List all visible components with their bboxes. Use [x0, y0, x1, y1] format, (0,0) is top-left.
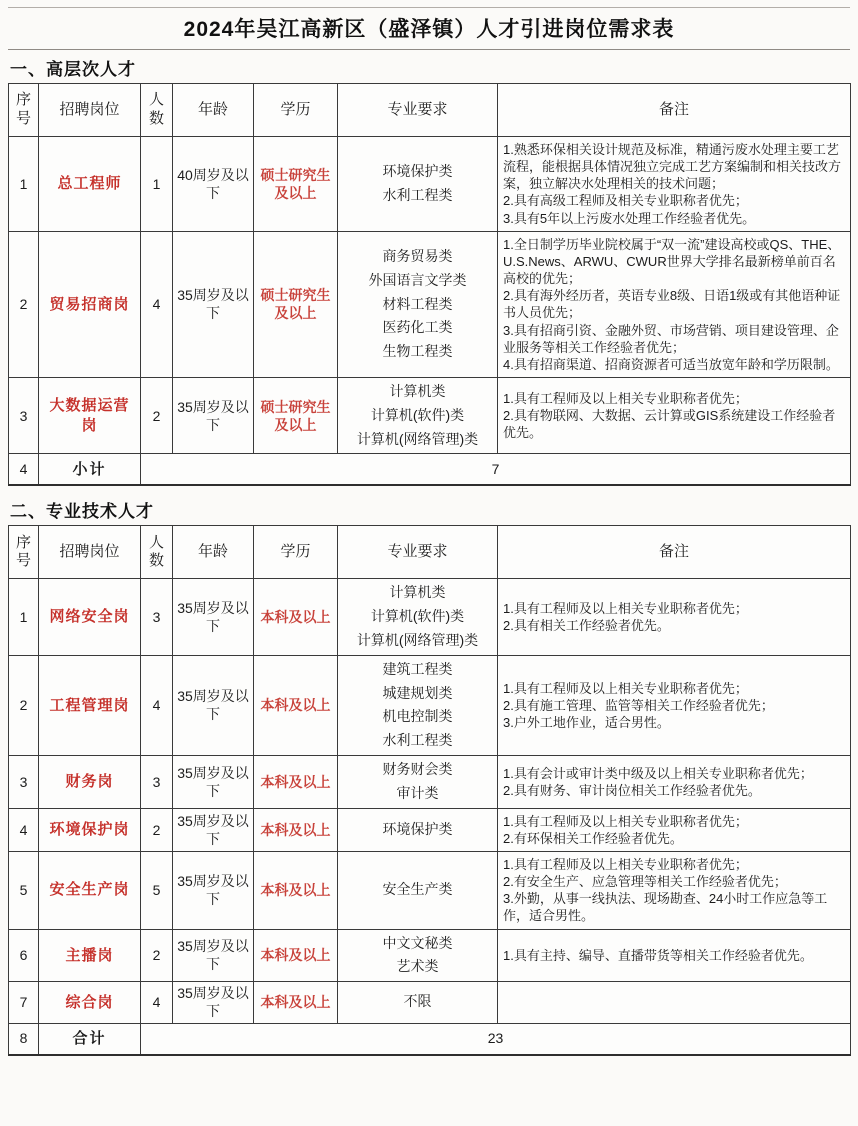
cell-seq: 2 — [9, 655, 39, 755]
cell-education: 本科及以上 — [254, 851, 338, 929]
cell-position: 安全生产岗 — [39, 851, 141, 929]
section-gap — [8, 486, 850, 492]
cell-seq: 5 — [9, 851, 39, 929]
cell-seq: 2 — [9, 231, 39, 377]
note-line: 1.全日制学历毕业院校属于“双一流”建设高校或QS、THE、U.S.News、A… — [503, 236, 845, 287]
cell-count: 1 — [141, 137, 173, 232]
note-line: 2.具有物联网、大数据、云计算或GIS系统建设工作经验者优先。 — [503, 407, 845, 441]
cell-age: 35周岁及以下 — [173, 579, 254, 655]
table-row: 7综合岗435周岁及以下本科及以上不限 — [9, 982, 851, 1023]
note-line: 3.外勤，从事一线执法、现场勘查、24小时工作应急等工作，适合男性。 — [503, 890, 845, 924]
note-line: 2.具有施工管理、监管等相关工作经验者优先； — [503, 697, 845, 714]
note-line: 4.具有招商渠道、招商资源者可适当放宽年龄和学历限制。 — [503, 356, 845, 373]
cell-position: 大数据运营岗 — [39, 378, 141, 454]
column-header: 人数 — [141, 84, 173, 137]
cell-age: 35周岁及以下 — [173, 982, 254, 1023]
summary-row: 4小计7 — [9, 454, 851, 486]
major-line: 环境保护类 — [341, 818, 494, 842]
page-title: 2024年吴江高新区（盛泽镇）人才引进岗位需求表 — [8, 7, 850, 50]
note-line: 2.有环保相关工作经验者优先。 — [503, 830, 845, 847]
major-line: 水利工程类 — [341, 184, 494, 208]
column-header: 学历 — [254, 526, 338, 579]
cell-age: 35周岁及以下 — [173, 756, 254, 809]
note-line: 3.具有招商引资、金融外贸、市场营销、项目建设管理、企业服务等相关工作经验者优先… — [503, 322, 845, 356]
cell-position: 贸易招商岗 — [39, 231, 141, 377]
sections-container: 一、高层次人才 序号招聘岗位人数年龄学历专业要求备注 1总工程师140周岁及以下… — [8, 55, 850, 1062]
cell-position: 总工程师 — [39, 137, 141, 232]
table-row: 6主播岗235周岁及以下本科及以上中文文秘类艺术类1.具有主持、编导、直播带货等… — [9, 929, 851, 982]
cell-summary-seq: 8 — [9, 1023, 39, 1055]
cell-summary-value: 7 — [141, 454, 851, 486]
table-row: 3大数据运营岗235周岁及以下硕士研究生及以上计算机类计算机(软件)类计算机(网… — [9, 378, 851, 454]
cell-position: 综合岗 — [39, 982, 141, 1023]
column-header: 专业要求 — [338, 526, 498, 579]
cell-majors: 中文文秘类艺术类 — [338, 929, 498, 982]
column-header: 专业要求 — [338, 84, 498, 137]
table-row: 5安全生产岗535周岁及以下本科及以上安全生产类1.具有工程师及以上相关专业职称… — [9, 851, 851, 929]
cell-summary-seq: 4 — [9, 454, 39, 486]
cell-position: 工程管理岗 — [39, 655, 141, 755]
column-header: 学历 — [254, 84, 338, 137]
cell-notes: 1.具有主持、编导、直播带货等相关工作经验者优先。 — [498, 929, 851, 982]
column-header: 年龄 — [173, 526, 254, 579]
table-row: 3财务岗335周岁及以下本科及以上财务财会类审计类1.具有会计或审计类中级及以上… — [9, 756, 851, 809]
major-line: 城建规划类 — [341, 682, 494, 706]
major-line: 计算机类 — [341, 581, 494, 605]
cell-count: 4 — [141, 982, 173, 1023]
cell-majors: 环境保护类 — [338, 808, 498, 851]
cell-position: 主播岗 — [39, 929, 141, 982]
table-row: 2贸易招商岗435周岁及以下硕士研究生及以上商务贸易类外国语言文学类材料工程类医… — [9, 231, 851, 377]
document-page: 2024年吴江高新区（盛泽镇）人才引进岗位需求表 一、高层次人才 序号招聘岗位人… — [0, 0, 858, 1126]
cell-seq: 7 — [9, 982, 39, 1023]
cell-count: 4 — [141, 231, 173, 377]
cell-education: 本科及以上 — [254, 756, 338, 809]
major-line: 审计类 — [341, 782, 494, 806]
major-line: 水利工程类 — [341, 729, 494, 753]
major-line: 计算机(网络管理)类 — [341, 428, 494, 452]
cell-age: 35周岁及以下 — [173, 231, 254, 377]
cell-seq: 3 — [9, 756, 39, 809]
column-header: 序号 — [9, 526, 39, 579]
note-line: 2.具有财务、审计岗位相关工作经验者优先。 — [503, 782, 845, 799]
cell-summary-label: 小计 — [39, 454, 141, 486]
cell-notes: 1.熟悉环保相关设计规范及标准，精通污废水处理主要工艺流程，能根据具体情况独立完… — [498, 137, 851, 232]
cell-notes: 1.具有工程师及以上相关专业职称者优先；2.有环保相关工作经验者优先。 — [498, 808, 851, 851]
note-line: 1.熟悉环保相关设计规范及标准，精通污废水处理主要工艺流程，能根据具体情况独立完… — [503, 141, 845, 192]
major-line: 医药化工类 — [341, 316, 494, 340]
cell-count: 3 — [141, 756, 173, 809]
section-gap — [8, 1056, 850, 1062]
note-line: 3.户外工地作业，适合男性。 — [503, 714, 845, 731]
major-line: 环境保护类 — [341, 160, 494, 184]
note-line: 1.具有工程师及以上相关专业职称者优先； — [503, 856, 845, 873]
major-line: 生物工程类 — [341, 340, 494, 364]
header-row: 序号招聘岗位人数年龄学历专业要求备注 — [9, 526, 851, 579]
section-heading: 一、高层次人才 — [10, 55, 850, 80]
major-line: 商务贸易类 — [341, 245, 494, 269]
column-header: 备注 — [498, 84, 851, 137]
cell-education: 本科及以上 — [254, 982, 338, 1023]
cell-count: 5 — [141, 851, 173, 929]
cell-notes — [498, 982, 851, 1023]
note-line: 1.具有工程师及以上相关专业职称者优先； — [503, 600, 845, 617]
column-header: 年龄 — [173, 84, 254, 137]
note-line: 3.具有5年以上污废水处理工作经验者优先。 — [503, 210, 845, 227]
positions-table: 序号招聘岗位人数年龄学历专业要求备注 1总工程师140周岁及以下硕士研究生及以上… — [8, 83, 851, 486]
cell-education: 本科及以上 — [254, 808, 338, 851]
major-line: 建筑工程类 — [341, 658, 494, 682]
cell-education: 本科及以上 — [254, 655, 338, 755]
cell-age: 35周岁及以下 — [173, 378, 254, 454]
column-header: 招聘岗位 — [39, 84, 141, 137]
cell-position: 环境保护岗 — [39, 808, 141, 851]
cell-age: 35周岁及以下 — [173, 851, 254, 929]
note-line: 2.具有高级工程师及相关专业职称者优先； — [503, 192, 845, 209]
cell-notes: 1.具有工程师及以上相关专业职称者优先；2.具有物联网、大数据、云计算或GIS系… — [498, 378, 851, 454]
major-line: 不限 — [341, 990, 494, 1014]
cell-age: 35周岁及以下 — [173, 808, 254, 851]
section-heading: 二、专业技术人才 — [10, 497, 850, 522]
cell-position: 财务岗 — [39, 756, 141, 809]
cell-education: 本科及以上 — [254, 579, 338, 655]
cell-age: 35周岁及以下 — [173, 929, 254, 982]
major-line: 材料工程类 — [341, 293, 494, 317]
note-line: 1.具有工程师及以上相关专业职称者优先； — [503, 680, 845, 697]
cell-majors: 环境保护类水利工程类 — [338, 137, 498, 232]
column-header: 人数 — [141, 526, 173, 579]
cell-summary-value: 23 — [141, 1023, 851, 1055]
cell-seq: 4 — [9, 808, 39, 851]
major-line: 计算机(软件)类 — [341, 605, 494, 629]
cell-notes: 1.具有工程师及以上相关专业职称者优先；2.具有相关工作经验者优先。 — [498, 579, 851, 655]
cell-seq: 3 — [9, 378, 39, 454]
cell-count: 4 — [141, 655, 173, 755]
note-line: 1.具有会计或审计类中级及以上相关专业职称者优先； — [503, 765, 845, 782]
cell-majors: 商务贸易类外国语言文学类材料工程类医药化工类生物工程类 — [338, 231, 498, 377]
cell-position: 网络安全岗 — [39, 579, 141, 655]
column-header: 招聘岗位 — [39, 526, 141, 579]
major-line: 计算机(软件)类 — [341, 404, 494, 428]
major-line: 外国语言文学类 — [341, 269, 494, 293]
major-line: 艺术类 — [341, 955, 494, 979]
cell-notes: 1.具有工程师及以上相关专业职称者优先；2.有安全生产、应急管理等相关工作经验者… — [498, 851, 851, 929]
note-line: 2.具有相关工作经验者优先。 — [503, 617, 845, 634]
talent-section: 二、专业技术人才 序号招聘岗位人数年龄学历专业要求备注 1网络安全岗335周岁及… — [8, 497, 850, 1061]
positions-table: 序号招聘岗位人数年龄学历专业要求备注 1网络安全岗335周岁及以下本科及以上计算… — [8, 525, 851, 1055]
note-line: 1.具有工程师及以上相关专业职称者优先； — [503, 390, 845, 407]
cell-notes: 1.具有会计或审计类中级及以上相关专业职称者优先；2.具有财务、审计岗位相关工作… — [498, 756, 851, 809]
major-line: 中文文秘类 — [341, 932, 494, 956]
major-line: 机电控制类 — [341, 705, 494, 729]
cell-majors: 财务财会类审计类 — [338, 756, 498, 809]
major-line: 计算机类 — [341, 380, 494, 404]
table-row: 4环境保护岗235周岁及以下本科及以上环境保护类1.具有工程师及以上相关专业职称… — [9, 808, 851, 851]
cell-count: 2 — [141, 808, 173, 851]
talent-section: 一、高层次人才 序号招聘岗位人数年龄学历专业要求备注 1总工程师140周岁及以下… — [8, 55, 850, 492]
cell-count: 2 — [141, 929, 173, 982]
cell-majors: 建筑工程类城建规划类机电控制类水利工程类 — [338, 655, 498, 755]
cell-age: 40周岁及以下 — [173, 137, 254, 232]
cell-summary-label: 合计 — [39, 1023, 141, 1055]
cell-seq: 6 — [9, 929, 39, 982]
header-row: 序号招聘岗位人数年龄学历专业要求备注 — [9, 84, 851, 137]
cell-majors: 不限 — [338, 982, 498, 1023]
table-row: 2工程管理岗435周岁及以下本科及以上建筑工程类城建规划类机电控制类水利工程类1… — [9, 655, 851, 755]
cell-seq: 1 — [9, 579, 39, 655]
cell-majors: 计算机类计算机(软件)类计算机(网络管理)类 — [338, 579, 498, 655]
note-line: 2.有安全生产、应急管理等相关工作经验者优先； — [503, 873, 845, 890]
cell-majors: 计算机类计算机(软件)类计算机(网络管理)类 — [338, 378, 498, 454]
cell-notes: 1.具有工程师及以上相关专业职称者优先；2.具有施工管理、监管等相关工作经验者优… — [498, 655, 851, 755]
cell-majors: 安全生产类 — [338, 851, 498, 929]
note-line: 2.具有海外经历者，英语专业8级、日语1级或有其他语种证书人员优先； — [503, 287, 845, 321]
summary-row: 8合计23 — [9, 1023, 851, 1055]
cell-count: 2 — [141, 378, 173, 454]
major-line: 计算机(网络管理)类 — [341, 629, 494, 653]
note-line: 1.具有工程师及以上相关专业职称者优先； — [503, 813, 845, 830]
cell-education: 硕士研究生及以上 — [254, 137, 338, 232]
major-line: 安全生产类 — [341, 878, 494, 902]
column-header: 备注 — [498, 526, 851, 579]
cell-count: 3 — [141, 579, 173, 655]
cell-seq: 1 — [9, 137, 39, 232]
cell-notes: 1.全日制学历毕业院校属于“双一流”建设高校或QS、THE、U.S.News、A… — [498, 231, 851, 377]
cell-education: 硕士研究生及以上 — [254, 231, 338, 377]
cell-education: 本科及以上 — [254, 929, 338, 982]
cell-age: 35周岁及以下 — [173, 655, 254, 755]
cell-education: 硕士研究生及以上 — [254, 378, 338, 454]
table-row: 1网络安全岗335周岁及以下本科及以上计算机类计算机(软件)类计算机(网络管理)… — [9, 579, 851, 655]
table-row: 1总工程师140周岁及以下硕士研究生及以上环境保护类水利工程类1.熟悉环保相关设… — [9, 137, 851, 232]
note-line: 1.具有主持、编导、直播带货等相关工作经验者优先。 — [503, 947, 845, 964]
major-line: 财务财会类 — [341, 758, 494, 782]
column-header: 序号 — [9, 84, 39, 137]
